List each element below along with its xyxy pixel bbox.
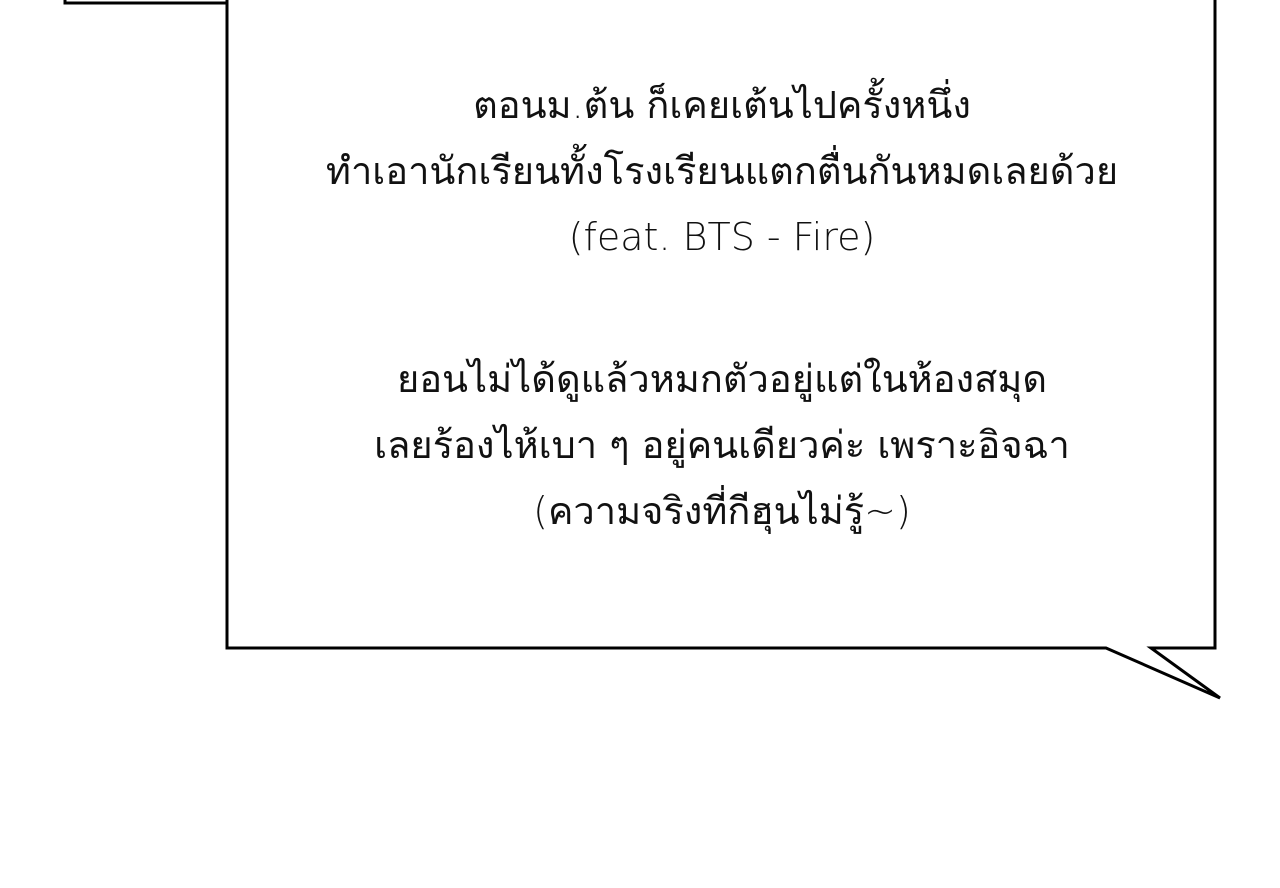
speech-bubble-paragraph-1: ตอนม.ต้น ก็เคยเต้นไปครั้งหนึ่ง ทำเอานักเ… (228, 72, 1216, 270)
bubble-line: ยอนไม่ได้ดูแล้วหมกตัวอยู่แต่ในห้องสมุด (228, 346, 1216, 412)
bubble-line: (feat. BTS - Fire) (228, 204, 1216, 270)
bubble-line: (ความจริงที่กีฮุนไม่รู้~) (228, 478, 1216, 544)
bubble-line: ทำเอานักเรียนทั้งโรงเรียนแตกตื่นกันหมดเล… (228, 138, 1216, 204)
speech-bubble-paragraph-2: ยอนไม่ได้ดูแล้วหมกตัวอยู่แต่ในห้องสมุด เ… (228, 346, 1216, 544)
previous-bubble-edge (65, 0, 227, 60)
bubble-line: ตอนม.ต้น ก็เคยเต้นไปครั้งหนึ่ง (228, 72, 1216, 138)
bubble-line: เลยร้องไห้เบา ๆ อยู่คนเดียวค่ะ เพราะอิจฉ… (228, 412, 1216, 478)
